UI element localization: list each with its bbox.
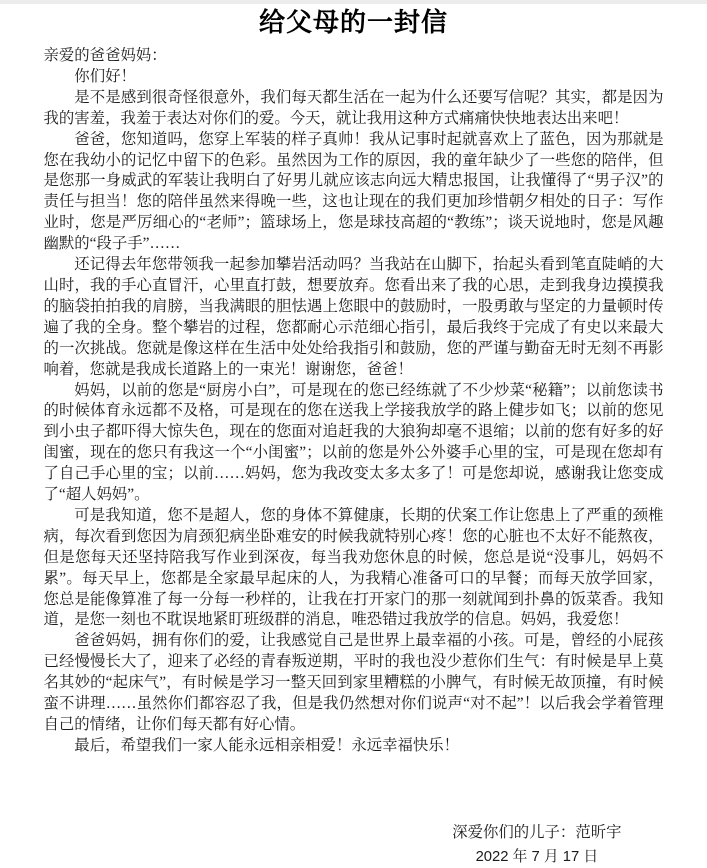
paragraph: 可是我知道，您不是超人，您的身体不算健康，长期的伏案工作让您患上了严重的颈椎病，… — [44, 506, 664, 631]
salutation-line: 亲爱的爸爸妈妈： — [44, 46, 664, 67]
paragraph: 妈妈，以前的您是“厨房小白”，可是现在的您已经练就了不少炒菜“秘籍”；以前您读书… — [44, 381, 664, 506]
letter-page: 给父母的一封信 亲爱的爸爸妈妈： 你们好！是不是感到很奇怪很意外，我们每天都生活… — [0, 0, 707, 868]
window-top-edge — [0, 0, 707, 4]
closing-block: 深爱你们的儿子：范昕宇 2022 年 7 月 17 日 — [44, 821, 664, 868]
letter-content: 亲爱的爸爸妈妈： 你们好！是不是感到很奇怪很意外，我们每天都生活在一起为什么还要… — [44, 46, 664, 868]
date-line: 2022 年 7 月 17 日 — [452, 845, 621, 868]
paragraph-list: 你们好！是不是感到很奇怪很意外，我们每天都生活在一起为什么还要写信呢？其实，都是… — [44, 67, 664, 757]
paragraph: 还记得去年您带领我一起参加攀岩活动吗？当我站在山脚下，抬起头看到笔直陡峭的大山时… — [44, 255, 664, 380]
paragraph: 是不是感到很奇怪很意外，我们每天都生活在一起为什么还要写信呢？其实，都是因为我的… — [44, 88, 664, 130]
paragraph: 最后，希望我们一家人能永远相亲相爱！永远幸福快乐！ — [44, 736, 664, 757]
paragraph: 爸爸，您知道吗，您穿上军装的样子真帅！我从记事时起就喜欢上了蓝色，因为那就是您在… — [44, 130, 664, 255]
paragraph: 爸爸妈妈，拥有你们的爱，让我感觉自己是世界上最幸福的小孩。可是，曾经的小屁孩已经… — [44, 631, 664, 736]
paragraph: 你们好！ — [44, 67, 664, 88]
closing-inner: 深爱你们的儿子：范昕宇 2022 年 7 月 17 日 — [452, 821, 621, 868]
signature-line: 深爱你们的儿子：范昕宇 — [452, 821, 621, 845]
letter-title: 给父母的一封信 — [0, 6, 707, 39]
